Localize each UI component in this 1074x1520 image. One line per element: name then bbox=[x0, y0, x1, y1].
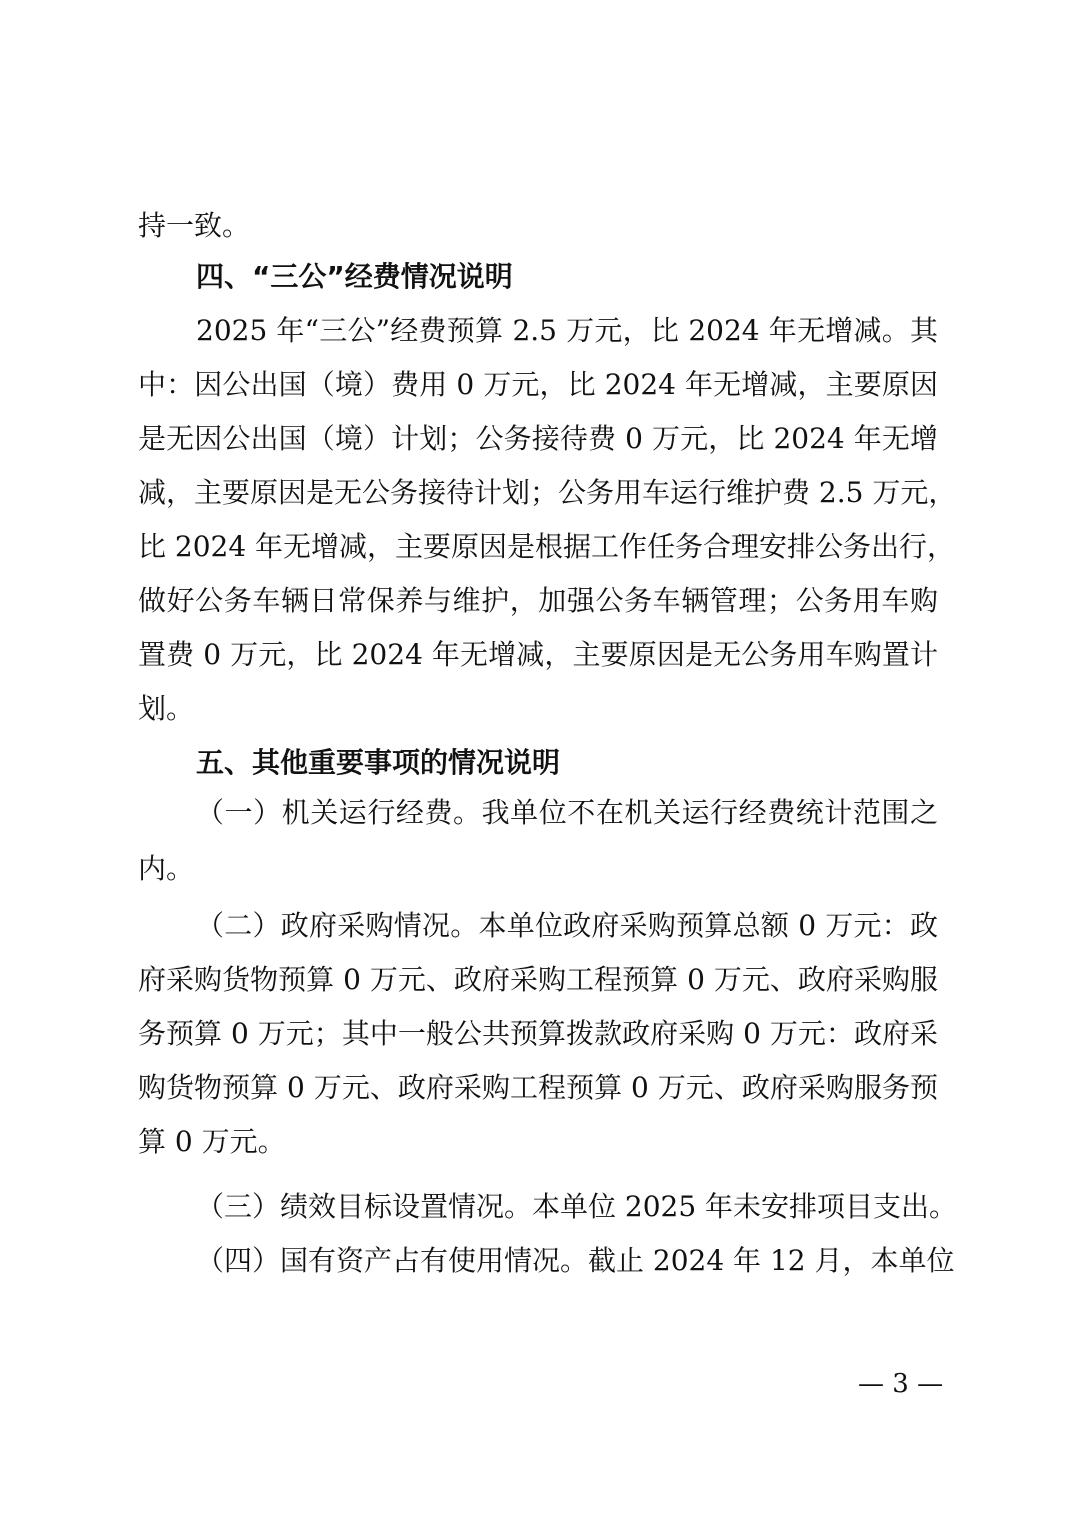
section-heading: 五、其他重要事项的情况说明 bbox=[196, 743, 938, 783]
paragraph-line: 算 0 万元。 bbox=[138, 1122, 938, 1162]
paragraph-line: 是无因公出国（境）计划；公务接待费 0 万元，比 2024 年无增 bbox=[138, 419, 938, 459]
paragraph-line: 做好公务车辆日常保养与维护，加强公务车辆管理；公务用车购 bbox=[138, 581, 938, 621]
paragraph-line: 划。 bbox=[138, 689, 938, 729]
section-heading: 四、“三公”经费情况说明 bbox=[196, 257, 938, 297]
document-page: 持一致。四、“三公”经费情况说明2025 年“三公”经费预算 2.5 万元，比 … bbox=[0, 0, 1074, 1520]
paragraph-line: 减，主要原因是无公务接待计划；公务用车运行维护费 2.5 万元， bbox=[138, 473, 938, 513]
page-number: — 3 — bbox=[858, 1366, 942, 1402]
paragraph-line: 内。 bbox=[138, 849, 938, 889]
paragraph-line: 比 2024 年无增减，主要原因是根据工作任务合理安排公务出行， bbox=[138, 527, 938, 567]
paragraph-line: （一）机关运行经费。我单位不在机关运行经费统计范围之 bbox=[196, 793, 938, 833]
paragraph-line: 持一致。 bbox=[138, 206, 938, 246]
paragraph-line: （三）绩效目标设置情况。本单位 2025 年未安排项目支出。 bbox=[196, 1187, 938, 1227]
paragraph-line: （四）国有资产占有使用情况。截止 2024 年 12 月，本单位 bbox=[196, 1241, 938, 1281]
paragraph-line: 购货物预算 0 万元、政府采购工程预算 0 万元、政府采购服务预 bbox=[138, 1068, 938, 1108]
paragraph-line: 中：因公出国（境）费用 0 万元，比 2024 年无增减，主要原因 bbox=[138, 365, 938, 405]
paragraph-line: 2025 年“三公”经费预算 2.5 万元，比 2024 年无增减。其 bbox=[196, 311, 938, 351]
paragraph-line: （二）政府采购情况。本单位政府采购预算总额 0 万元：政 bbox=[196, 906, 938, 946]
paragraph-line: 置费 0 万元，比 2024 年无增减，主要原因是无公务用车购置计 bbox=[138, 635, 938, 675]
paragraph-line: 务预算 0 万元；其中一般公共预算拨款政府采购 0 万元：政府采 bbox=[138, 1014, 938, 1054]
paragraph-line: 府采购货物预算 0 万元、政府采购工程预算 0 万元、政府采购服 bbox=[138, 960, 938, 1000]
